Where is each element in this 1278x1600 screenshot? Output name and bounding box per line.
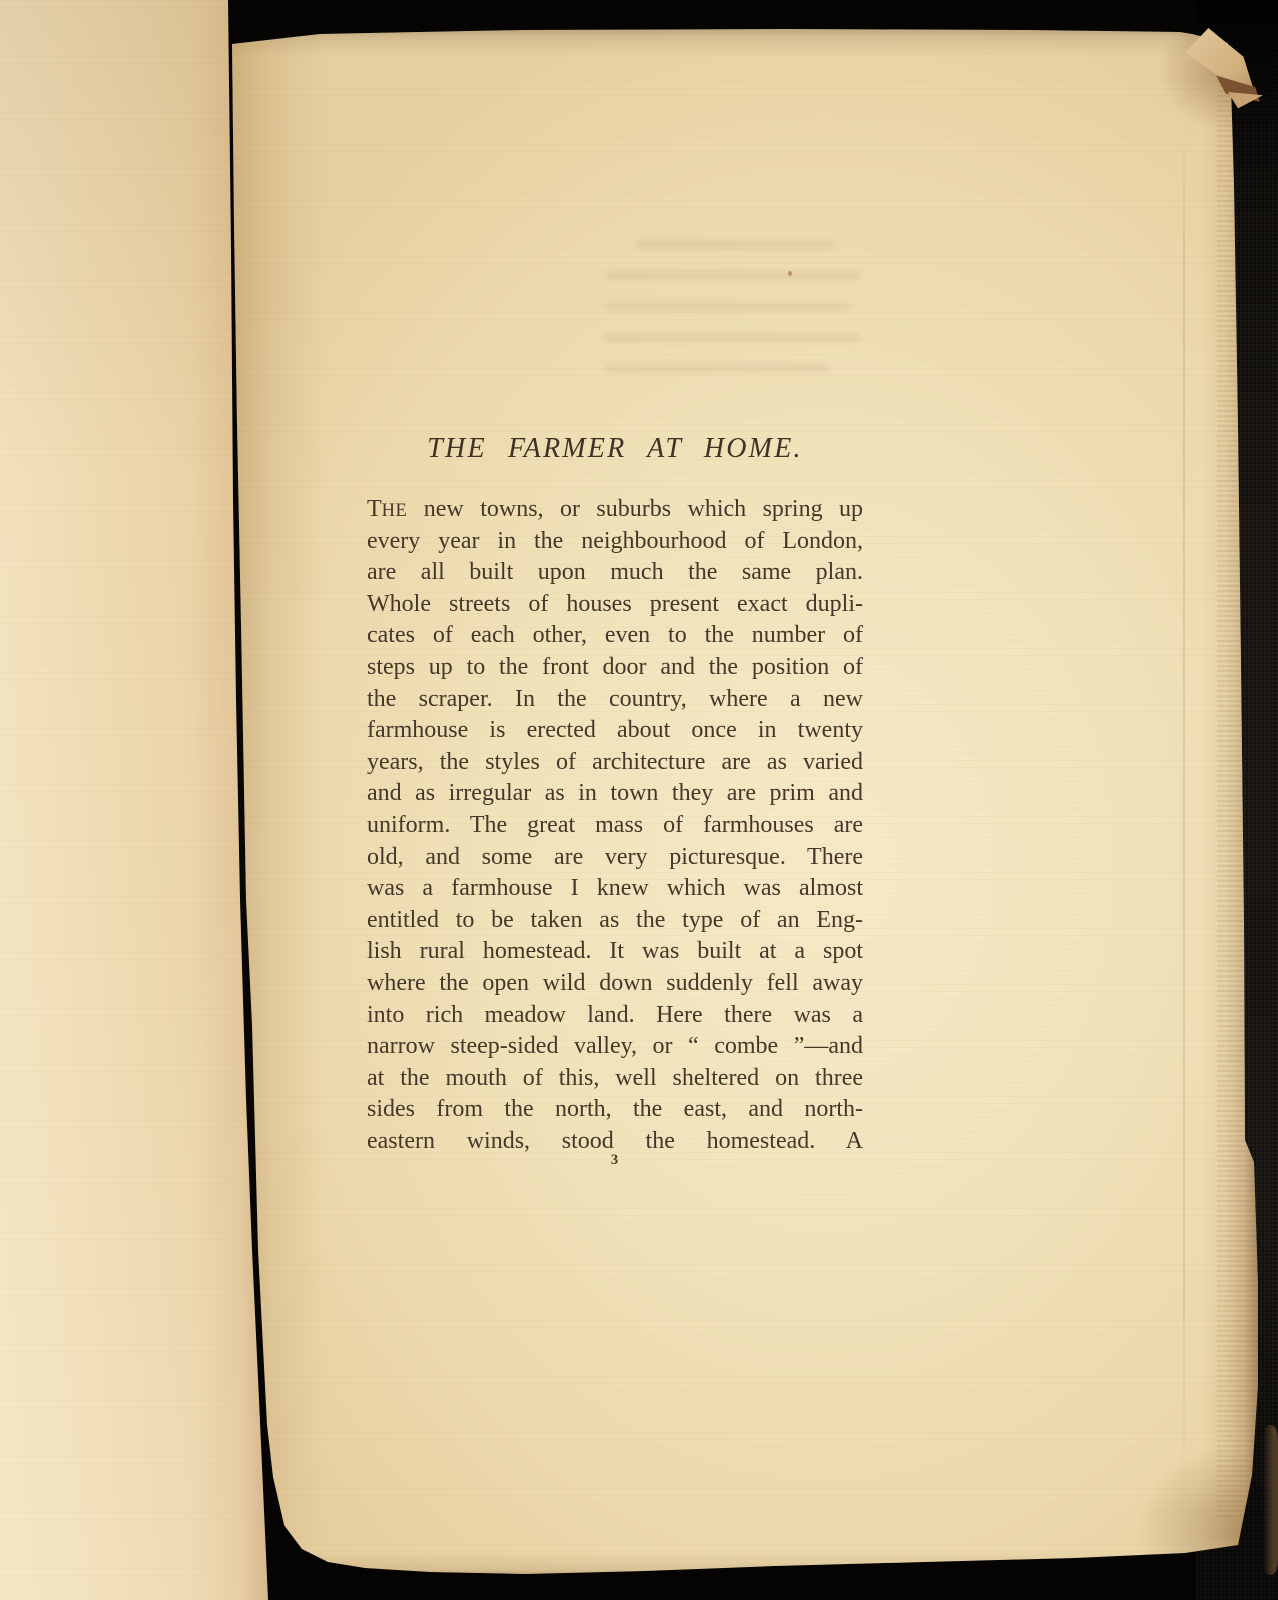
body-line: are all built upon much the same plan. — [367, 557, 863, 589]
underlying-page-edge — [1263, 1425, 1278, 1575]
body-line: years, the styles of architecture are as… — [367, 747, 863, 779]
small-caps-lead: HE — [382, 501, 408, 521]
body-line: steps up to the front door and the posit… — [367, 652, 863, 684]
body-text: THE new towns, or suburbs which spring u… — [367, 494, 863, 1157]
body-line: uniform. The great mass of farmhouses ar… — [367, 810, 863, 842]
body-line: was a farmhouse I knew which was almost — [367, 873, 863, 905]
book-photograph: THE FARMER AT HOME. THE new towns, or su… — [0, 0, 1278, 1600]
body-line: THE new towns, or suburbs which spring u… — [367, 494, 863, 526]
body-line: narrow steep-sided valley, or “ combe ”—… — [367, 1031, 863, 1063]
body-line: at the mouth of this, well sheltered on … — [367, 1063, 863, 1095]
book-page: THE FARMER AT HOME. THE new towns, or su… — [225, 25, 1260, 1581]
body-line: farmhouse is erected about once in twent… — [367, 715, 863, 747]
page-number: 3 — [367, 1152, 863, 1169]
body-line: the scraper. In the country, where a new — [367, 684, 863, 716]
body-line: entitled to be taken as the type of an E… — [367, 905, 863, 937]
body-line: sides from the north, the east, and nort… — [367, 1094, 863, 1126]
body-line: and as irregular as in town they are pri… — [367, 778, 863, 810]
body-line: where the open wild down suddenly fell a… — [367, 968, 863, 1000]
body-line: cates of each other, even to the number … — [367, 620, 863, 652]
body-line: into rich meadow land. Here there was a — [367, 1000, 863, 1032]
body-line: old, and some are very picturesque. Ther… — [367, 842, 863, 874]
chapter-title: THE FARMER AT HOME. — [367, 432, 863, 466]
body-line: lish rural homestead. It was built at a … — [367, 936, 863, 968]
torn-corner — [1185, 28, 1263, 110]
show-through-text — [605, 240, 860, 395]
body-line: every year in the neighbourhood of Londo… — [367, 526, 863, 558]
body-line: Whole streets of houses present exact du… — [367, 589, 863, 621]
